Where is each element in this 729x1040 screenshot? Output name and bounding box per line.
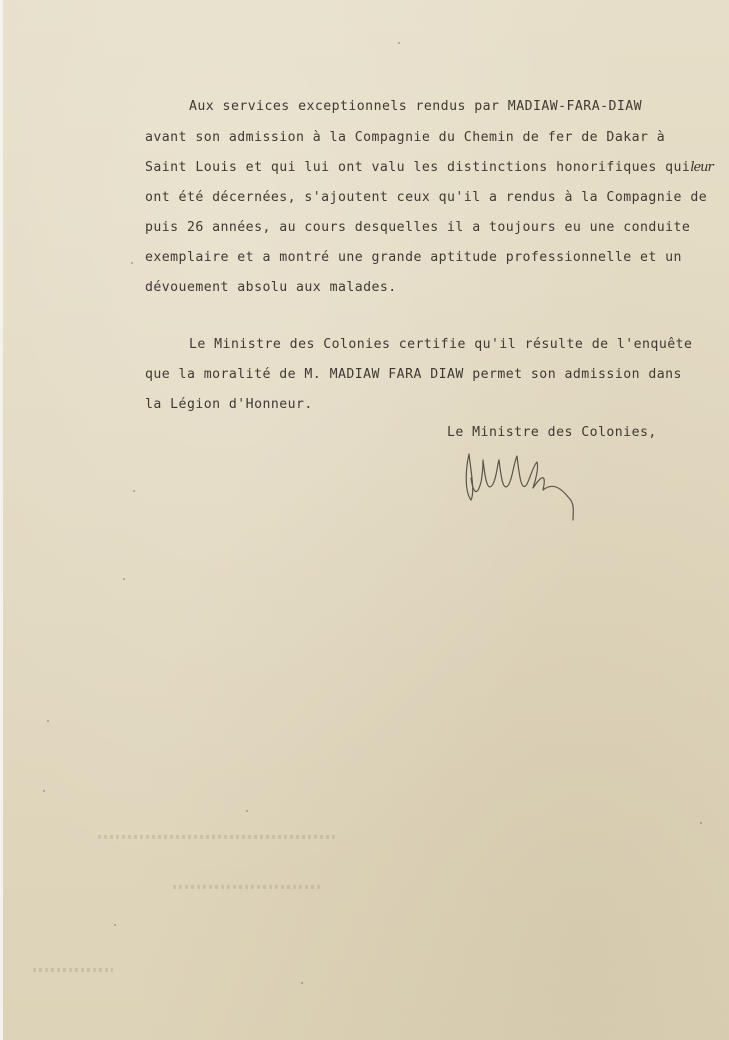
paragraph-1-line-4: ont été décernées, s'ajoutent ceux qu'il… <box>145 189 707 207</box>
paragraph-1-line-3-text: Saint Louis et qui lui ont valu les dist… <box>145 160 690 175</box>
bleed-through-mark <box>33 968 113 972</box>
handwritten-insert: leur <box>690 160 712 175</box>
bleed-through-mark <box>173 885 323 889</box>
paper-speck <box>133 490 135 492</box>
paper-speck <box>398 42 400 44</box>
paragraph-2-line-3: la Légion d'Honneur. <box>145 396 313 414</box>
paragraph-2-line-2: que la moralité de M. MADIAW FARA DIAW p… <box>145 366 682 384</box>
paragraph-1-line-6: exemplaire et a montré une grande aptitu… <box>145 249 682 267</box>
paragraph-1-line-2: avant son admission à la Compagnie du Ch… <box>145 129 665 147</box>
paper-speck <box>43 790 45 792</box>
paper-speck <box>114 924 116 926</box>
paper-speck <box>131 262 133 264</box>
paper-speck <box>301 982 303 984</box>
paragraph-1-line-1: Aux services exceptionnels rendus par MA… <box>189 98 642 116</box>
paragraph-1-line-7: dévouement absolu aux malades. <box>145 279 397 297</box>
document-page: Aux services exceptionnels rendus par MA… <box>0 0 729 1040</box>
paragraph-2-line-1: Le Ministre des Colonies certifie qu'il … <box>189 336 692 354</box>
paper-speck <box>246 810 248 812</box>
paragraph-1-line-5: puis 26 années, au cours desquelles il a… <box>145 219 690 237</box>
signature-mark <box>461 442 641 522</box>
paper-speck <box>123 578 125 580</box>
paper-speck <box>700 822 702 824</box>
paper-speck <box>47 720 49 722</box>
paragraph-1-line-3: Saint Louis et qui lui ont valu les dist… <box>145 159 713 177</box>
closing-title: Le Ministre des Colonies, <box>447 424 657 442</box>
bleed-through-mark <box>98 835 338 839</box>
